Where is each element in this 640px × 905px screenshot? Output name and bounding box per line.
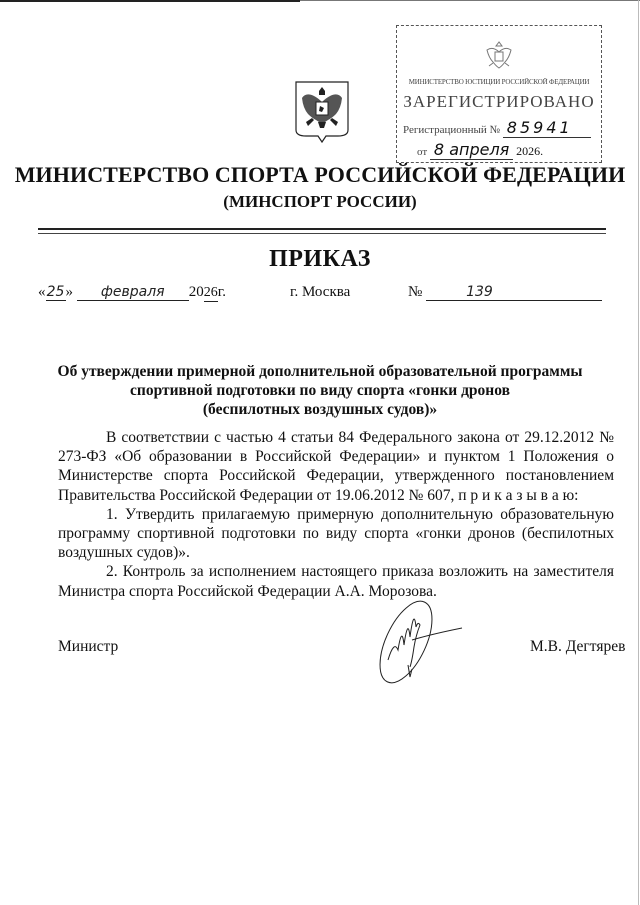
date-year-suffix: 26 [204, 285, 218, 302]
stamp-reg-label: Регистрационный № [403, 124, 500, 136]
scan-edge-top-thin [300, 0, 640, 1]
header-rule-thin [38, 233, 606, 234]
date-day: 25 [46, 284, 66, 301]
order-title: ПРИКАЗ [0, 246, 640, 273]
signatory-role: Министр [58, 638, 118, 656]
ministry-title: МИНИСТЕРСТВО СПОРТА РОССИЙСКОЙ ФЕДЕРАЦИИ [0, 162, 640, 188]
stamp-status: ЗАРЕГИСТРИРОВАНО [397, 92, 601, 112]
stamp-date-prefix: от [417, 146, 427, 158]
order-number-value: 139 [426, 284, 602, 301]
date-year-prefix: 20 [189, 284, 204, 300]
subject-line-1: Об утверждении примерной дополнительной … [40, 362, 600, 381]
order-date: «25» февраля2026г. [38, 284, 226, 302]
stamp-reg-number: 85941 [503, 118, 591, 138]
date-month: февраля [77, 284, 189, 301]
date-year-g: г. [218, 284, 226, 300]
subject-line-3: (беспилотных воздушных судов)» [40, 400, 600, 419]
stamp-ministry-name: МИНИСТЕРСТВО ЮСТИЦИИ РОССИЙСКОЙ ФЕДЕРАЦИ… [397, 78, 601, 86]
scan-edge-top [0, 0, 300, 2]
signatory-name: М.В. Дегтярев [530, 638, 625, 656]
stamp-emblem-icon [479, 36, 519, 76]
stamp-registration-line: Регистрационный № 85941 [403, 118, 599, 138]
registration-stamp: МИНИСТЕРСТВО ЮСТИЦИИ РОССИЙСКОЙ ФЕДЕРАЦИ… [396, 25, 602, 163]
ministry-short-name: (МИНСПОРТ РОССИИ) [0, 192, 640, 212]
coat-of-arms-icon [294, 80, 350, 144]
stamp-date-year: 2026. [516, 144, 543, 158]
order-number: № 139 [408, 284, 602, 301]
order-subject: Об утверждении примерной дополнительной … [40, 362, 600, 419]
order-body: В соответствии с частью 4 статьи 84 Феде… [58, 428, 614, 601]
handwritten-signature-icon [368, 600, 478, 690]
order-number-label: № [408, 284, 422, 300]
date-close-quote: » [66, 284, 74, 300]
header-rule-thick [38, 228, 606, 230]
stamp-date-line: от 8 апреля 2026. [417, 140, 597, 160]
body-item-1: 1. Утвердить прилагаемую примерную допол… [58, 505, 614, 563]
body-preamble: В соответствии с частью 4 статьи 84 Феде… [58, 428, 614, 505]
stamp-date-handwritten: 8 апреля [430, 140, 513, 160]
order-date-line: «25» февраля2026г. г. Москва № 139 [38, 284, 608, 304]
scan-edge-right [638, 0, 639, 905]
date-open-quote: « [38, 284, 46, 300]
subject-line-2: спортивной подготовки по виду спорта «го… [40, 381, 600, 400]
order-city: г. Москва [290, 284, 350, 301]
body-item-2: 2. Контроль за исполнением настоящего пр… [58, 562, 614, 600]
